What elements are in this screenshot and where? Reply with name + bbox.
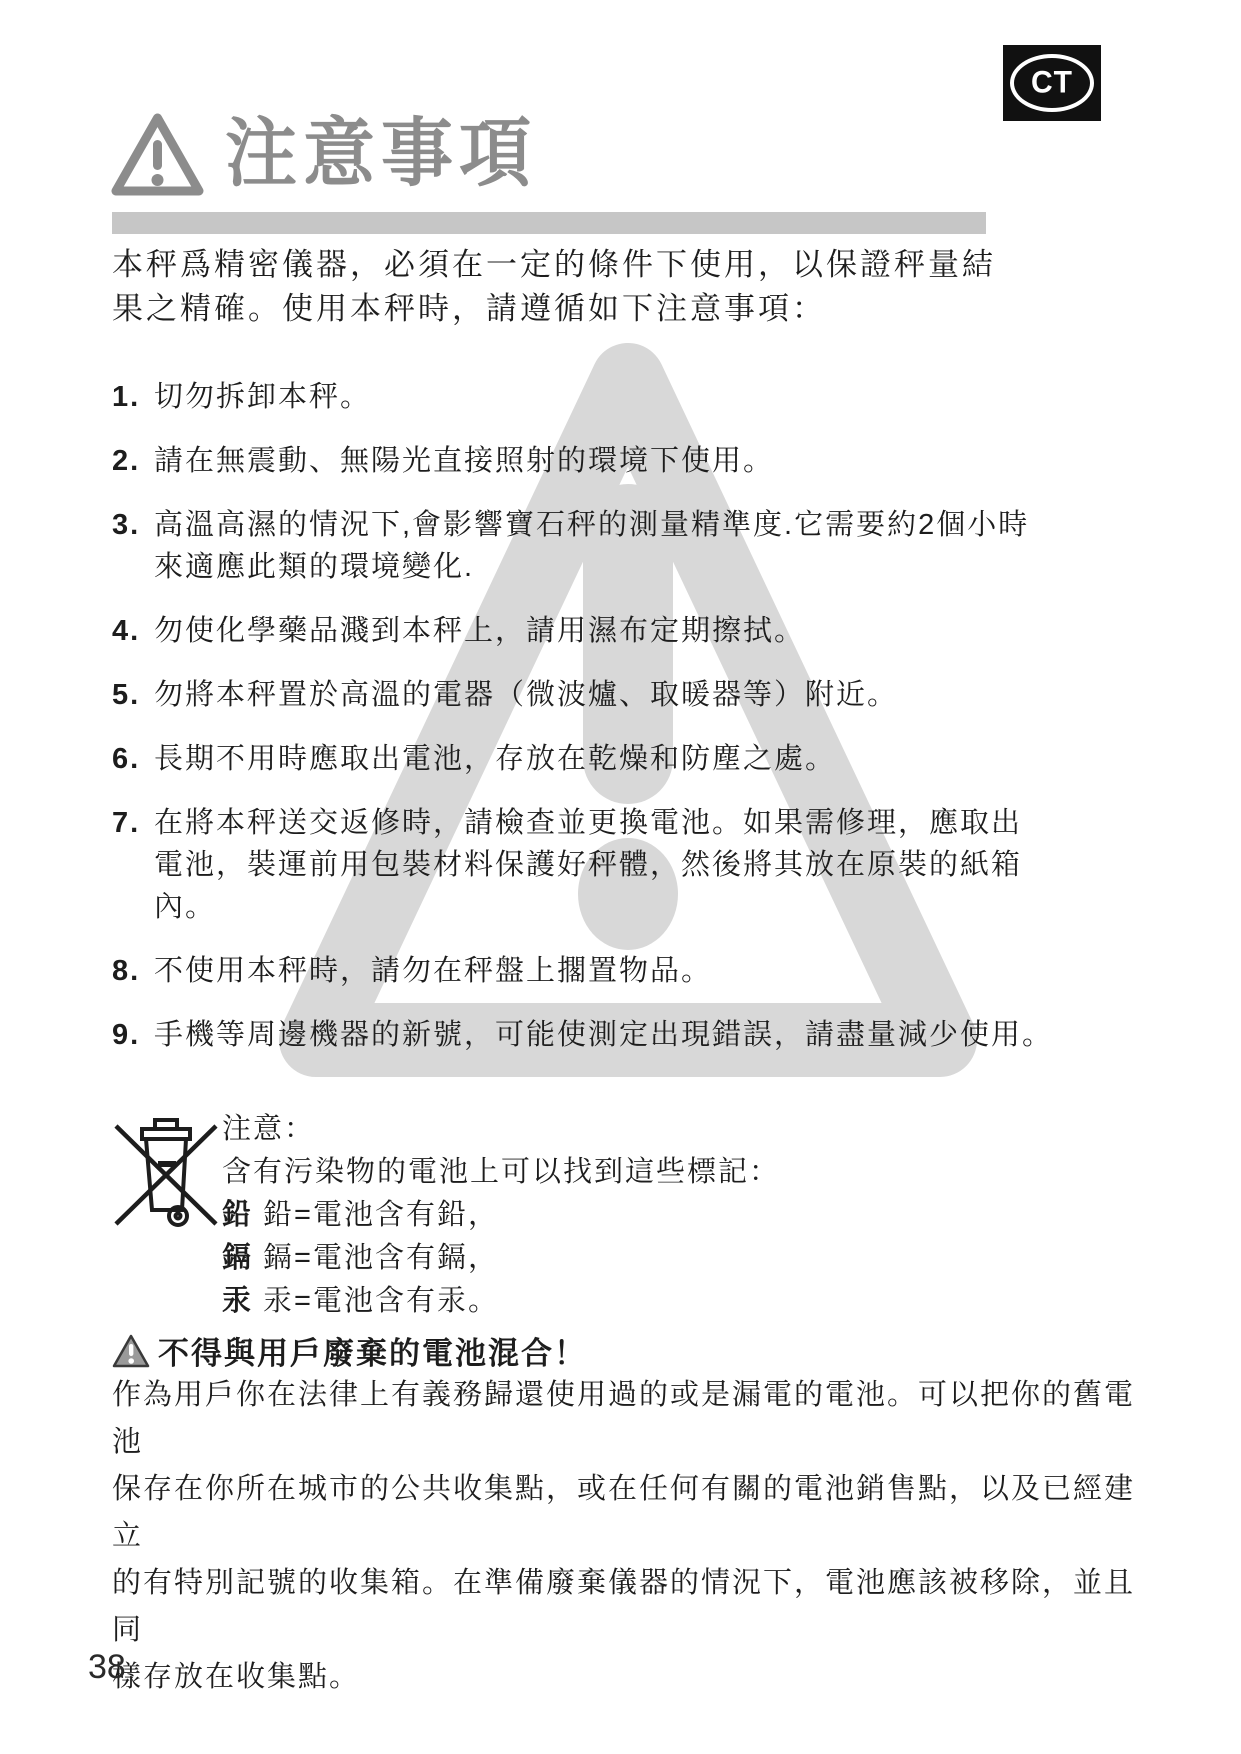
list-item-number: 4. bbox=[112, 610, 154, 652]
ct-badge-label: CT bbox=[1031, 65, 1073, 101]
list-item-number: 7. bbox=[112, 802, 154, 928]
list-item: 1. 切勿拆卸本秤。 bbox=[112, 376, 1072, 418]
battery-symbol-mercury: 汞 bbox=[222, 1285, 253, 1317]
page-number: 38 bbox=[88, 1648, 126, 1687]
battery-text-mercury: 汞=電池含有汞。 bbox=[263, 1285, 499, 1317]
battery-symbol-cadmium: 鎘 bbox=[222, 1242, 253, 1274]
list-item: 5. 勿將本秤置於高溫的電器（微波爐、取暖器等）附近。 bbox=[112, 674, 1072, 716]
list-item-text: 勿使化學藥品濺到本秤上，請用濕布定期擦拭。 bbox=[154, 610, 1072, 652]
disposal-warning-title: 不得與用戶廢棄的電池混合！ bbox=[158, 1328, 587, 1373]
page-header: 注意事項 bbox=[110, 110, 537, 198]
list-item-number: 2. bbox=[112, 440, 154, 482]
list-item-text: 長期不用時應取出電池，存放在乾燥和防塵之處。 bbox=[154, 738, 1072, 780]
disposal-warning-heading: 不得與用戶廢棄的電池混合！ bbox=[112, 1328, 587, 1373]
list-item: 3. 高溫高濕的情況下,會影響寶石秤的測量精準度.它需要約2個小時 來適應此類的… bbox=[112, 504, 1072, 588]
warning-triangle-icon bbox=[112, 1334, 150, 1368]
ct-badge: CT bbox=[1003, 45, 1101, 121]
ct-badge-ellipse: CT bbox=[1010, 54, 1094, 112]
list-item-text: 高溫高濕的情況下,會影響寶石秤的測量精準度.它需要約2個小時 來適應此類的環境變… bbox=[154, 504, 1072, 588]
disposal-warning-body: 作為用戶你在法律上有義務歸還使用過的或是漏電的電池。可以把你的舊電池 保存在你所… bbox=[112, 1372, 1152, 1701]
list-item: 2. 請在無震動、無陽光直接照射的環境下使用。 bbox=[112, 440, 1072, 482]
list-item-text: 切勿拆卸本秤。 bbox=[154, 376, 1072, 418]
list-item-text: 請在無震動、無陽光直接照射的環境下使用。 bbox=[154, 440, 1072, 482]
list-item-number: 8. bbox=[112, 950, 154, 992]
crossed-out-wheelie-bin-icon bbox=[112, 1112, 220, 1230]
list-item: 7. 在將本秤送交返修時，請檢查並更換電池。如果需修理，應取出 電池，裝運前用包… bbox=[112, 802, 1072, 928]
list-item-text: 在將本秤送交返修時，請檢查並更換電池。如果需修理，應取出 電池，裝運前用包裝材料… bbox=[154, 802, 1072, 928]
battery-note-intro: 含有污染物的電池上可以找到這些標記： bbox=[222, 1151, 922, 1194]
list-item: 9. 手機等周邊機器的新號，可能使測定出現錯誤，請盡量減少使用。 bbox=[112, 1014, 1072, 1056]
page-title: 注意事項 bbox=[225, 117, 537, 192]
list-item-text: 手機等周邊機器的新號，可能使測定出現錯誤，請盡量減少使用。 bbox=[154, 1014, 1072, 1056]
battery-note-title: 注意： bbox=[222, 1108, 922, 1151]
battery-symbol-lead: 鉛 bbox=[222, 1199, 253, 1231]
list-item-text: 不使用本秤時，請勿在秤盤上擱置物品。 bbox=[154, 950, 1072, 992]
battery-note-item: 鎘鎘=電池含有鎘， bbox=[222, 1237, 922, 1280]
intro-paragraph: 本秤爲精密儀器，必須在一定的條件下使用，以保證秤量結 果之精確。使用本秤時，請遵… bbox=[112, 243, 1042, 331]
battery-note-item: 鉛鉛=電池含有鉛， bbox=[222, 1194, 922, 1237]
list-item: 6. 長期不用時應取出電池，存放在乾燥和防塵之處。 bbox=[112, 738, 1072, 780]
list-item: 8. 不使用本秤時，請勿在秤盤上擱置物品。 bbox=[112, 950, 1072, 992]
list-item-number: 5. bbox=[112, 674, 154, 716]
notes-list: 1. 切勿拆卸本秤。 2. 請在無震動、無陽光直接照射的環境下使用。 3. 高溫… bbox=[112, 376, 1072, 1078]
battery-note-item: 汞汞=電池含有汞。 bbox=[222, 1280, 922, 1323]
battery-note: 注意： 含有污染物的電池上可以找到這些標記： 鉛鉛=電池含有鉛， 鎘鎘=電池含有… bbox=[222, 1108, 922, 1323]
header-divider bbox=[112, 212, 986, 234]
list-item-text: 勿將本秤置於高溫的電器（微波爐、取暖器等）附近。 bbox=[154, 674, 1072, 716]
battery-text-cadmium: 鎘=電池含有鎘， bbox=[263, 1242, 499, 1274]
list-item-number: 9. bbox=[112, 1014, 154, 1056]
list-item: 4. 勿使化學藥品濺到本秤上，請用濕布定期擦拭。 bbox=[112, 610, 1072, 652]
list-item-number: 6. bbox=[112, 738, 154, 780]
warning-triangle-icon bbox=[110, 110, 205, 198]
list-item-number: 3. bbox=[112, 504, 154, 588]
battery-text-lead: 鉛=電池含有鉛， bbox=[263, 1199, 499, 1231]
list-item-number: 1. bbox=[112, 376, 154, 418]
